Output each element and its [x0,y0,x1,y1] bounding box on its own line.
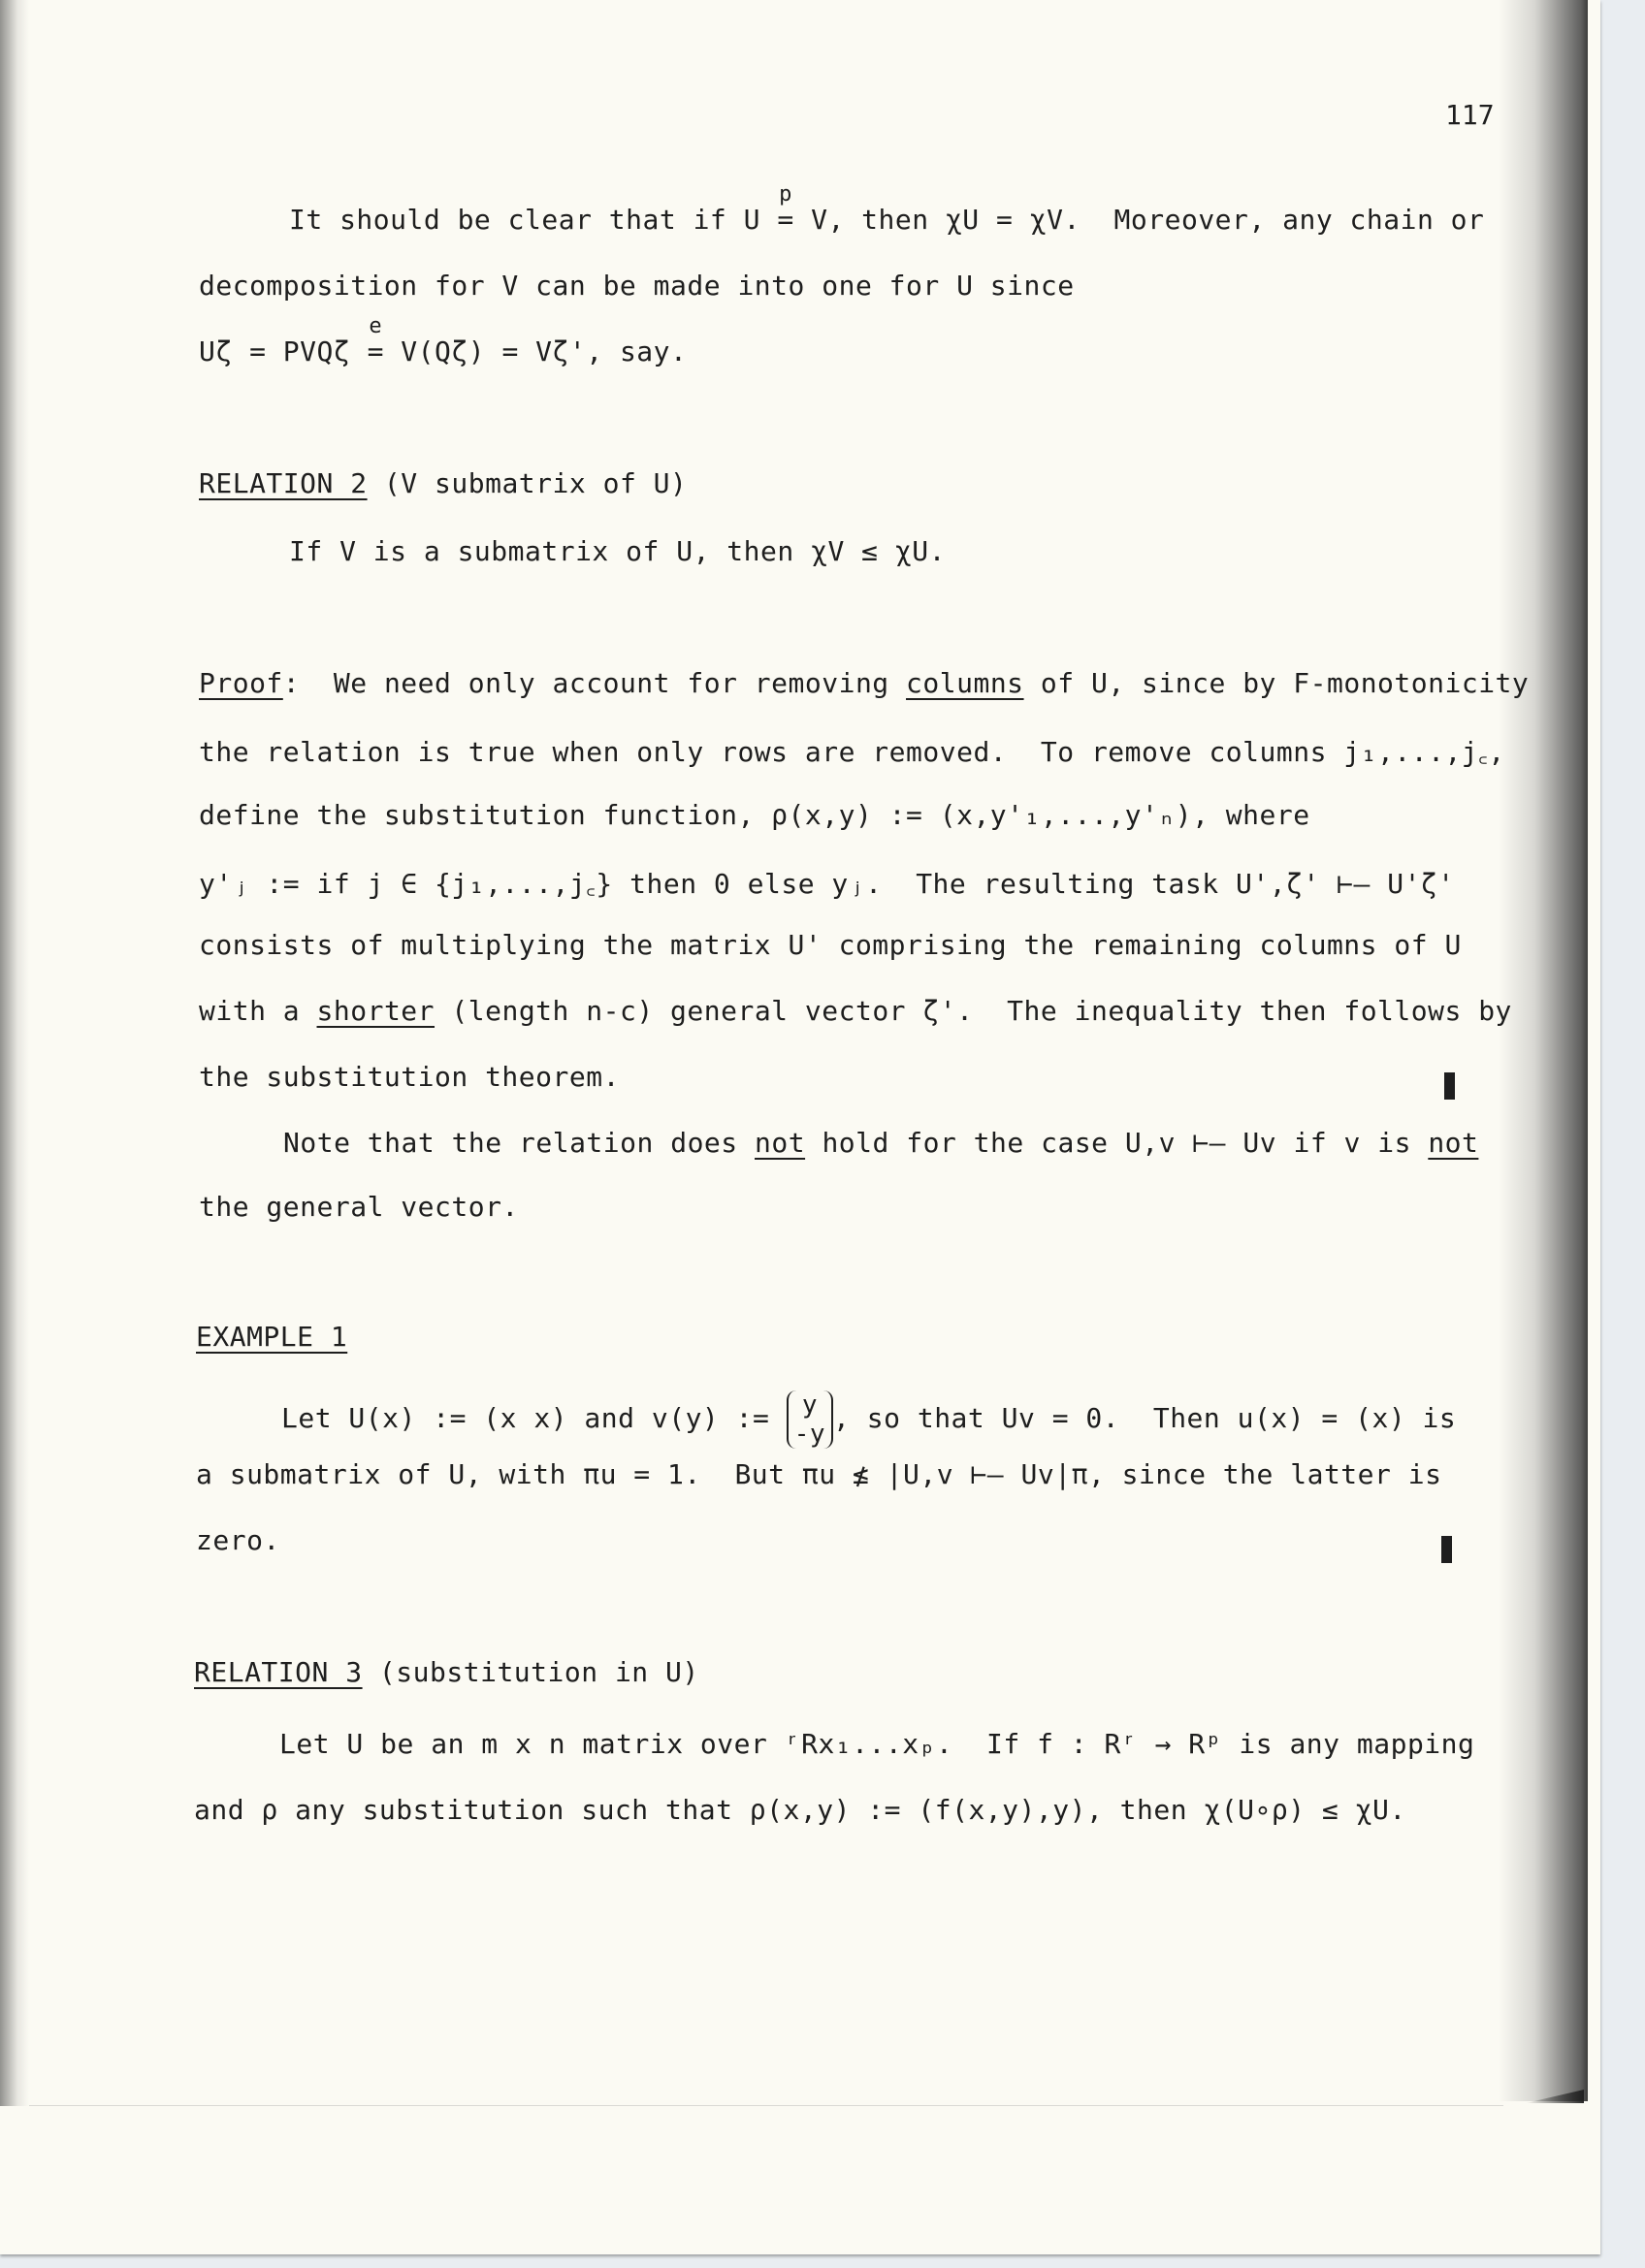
para1-line2: decomposition for V can be made into one… [199,270,1075,302]
relation3-line1: Let U be an m x n matrix over ʳRx₁...xₚ.… [279,1728,1474,1760]
proof-line4: y'ⱼ := if j ∈ {j₁,...,j꜀} then 0 else yⱼ… [199,865,1455,902]
underlined-word: not [1428,1127,1478,1159]
proof-label: Proof [199,667,283,699]
relation3-line2: and ρ any substitution such that ρ(x,y) … [194,1794,1406,1826]
heading-label: RELATION 3 [194,1656,363,1688]
underlined-word: shorter [317,995,435,1027]
example1-line2: a submatrix of U, with πu = 1. But πu ≰ … [196,1458,1441,1490]
text: It should be clear that if U [289,204,777,236]
binding-shadow-left [0,0,29,2106]
rel-superscript: e [368,314,384,338]
text: V, then χU = χV. Moreover, any chain or [794,204,1485,236]
underlined-word: not [755,1127,805,1159]
text: of U, since by F-monotonicity [1024,667,1530,699]
text: with a [199,995,317,1027]
text: V(Qζ) = Vζ', say. [384,335,687,367]
note-line1: Note that the relation does not hold for… [283,1127,1478,1159]
example1-line1: Let U(x) := (x x) and v(y) := y-y, so th… [281,1390,1456,1449]
e-equivalence-symbol: e= [368,335,384,367]
example1-line3: zero. [196,1524,280,1556]
column-vector: y-y [787,1390,833,1449]
rel-symbol: = [368,335,384,367]
heading-subtitle: (substitution in U) [363,1656,699,1688]
note-line2: the general vector. [199,1191,519,1223]
example1-heading: EXAMPLE 1 [196,1321,347,1353]
relation2-heading: RELATION 2 (V submatrix of U) [199,467,687,499]
text: hold for the case U,v ⊢— Uv if v is [805,1127,1428,1159]
heading-label: EXAMPLE 1 [196,1321,347,1353]
text: : We need only account for removing [283,667,906,699]
proof-line6: with a shorter (length n-c) general vect… [199,995,1512,1027]
text: Note that the relation does [283,1127,755,1159]
rel-superscript: p [777,182,793,207]
relation3-heading: RELATION 3 (substitution in U) [194,1656,699,1688]
heading-subtitle: (V submatrix of U) [368,467,688,499]
qed-mark [1444,1072,1455,1100]
proof-line1: Proof: We need only account for removing… [199,667,1529,699]
rel-symbol: = [777,204,793,236]
scan-edge-line [29,2105,1503,2106]
proof-line3: define the substitution function, ρ(x,y)… [199,799,1310,831]
page-number: 117 [1445,99,1495,131]
matrix-entry: -y [794,1420,825,1449]
para1-line3: Uζ = PVQζ e= V(Qζ) = Vζ', say. [199,335,687,367]
qed-mark [1441,1536,1452,1563]
document-page: 117 It should be clear that if U p= V, t… [0,0,1600,2254]
text: , so that Uv = 0. Then u(x) = (x) is [833,1402,1456,1434]
proof-line2: the relation is true when only rows are … [199,733,1505,770]
p-equivalence-symbol: p= [777,204,793,236]
para1-line1: It should be clear that if U p= V, then … [289,204,1484,236]
proof-line5: consists of multiplying the matrix U' co… [199,929,1462,961]
matrix-entry: y [794,1390,825,1420]
text: (length n-c) general vector ζ'. The ineq… [435,995,1512,1027]
relation2-statement: If V is a submatrix of U, then χV ≤ χU. [289,535,946,567]
underlined-word: columns [906,667,1024,699]
heading-label: RELATION 2 [199,467,368,499]
binding-shadow-right [1499,0,1588,2101]
text: Let U(x) := (x x) and v(y) := [281,1402,787,1434]
proof-line7: the substitution theorem. [199,1061,620,1093]
text: Uζ = PVQζ [199,335,368,367]
